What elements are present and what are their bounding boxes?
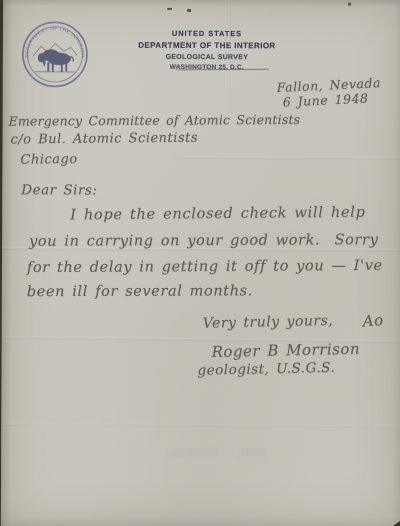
scanned-letter-image: DEPARTMENT OF THE INTERIOR UNITED STATES…: [0, 0, 400, 526]
signature-name: Roger B Morrison: [211, 340, 360, 361]
paper-crease: [182, 156, 400, 160]
bison-icon: [38, 49, 74, 72]
body-line-1: I hope the enclosed check will help: [70, 205, 366, 224]
letterhead-line-united-states: UNITED STATES: [97, 29, 317, 39]
ink-speck: [187, 9, 191, 12]
recipient-line-3: Chicago: [20, 152, 77, 168]
signature-title: geologist, U.S.G.S.: [197, 360, 335, 379]
body-line-4: been ill for several months.: [27, 283, 253, 300]
letter-paper: DEPARTMENT OF THE INTERIOR UNITED STATES…: [1, 0, 400, 526]
recipient-line-1: Emergency Committee of Atomic Scientists: [9, 112, 301, 129]
body-line-2: you in carrying on your good work. Sorry: [29, 232, 378, 250]
letterhead-line-department: DEPARTMENT OF THE INTERIOR: [97, 41, 317, 51]
ink-speck: [167, 8, 172, 10]
letterhead-line-washington: WASHINGTON 25, D.C.: [97, 64, 317, 72]
recipient-line-2: c/o Bul. Atomic Scientists: [10, 131, 198, 148]
body-line-3: for the delay in getting it off to you —…: [27, 258, 383, 276]
handwritten-date: 6 June 1948: [282, 90, 368, 109]
closing: Very truly yours,: [203, 313, 334, 332]
letterhead-line-geological-survey: GEOLOGICAL SURVEY: [97, 54, 317, 62]
faint-pencil-marks: [239, 446, 266, 458]
corner-annotation: Ao: [362, 311, 384, 330]
doi-bison-seal-icon: DEPARTMENT OF THE INTERIOR: [21, 20, 89, 88]
paper-crease: [1, 423, 400, 428]
ink-speck: [348, 3, 351, 6]
salutation: Dear Sirs:: [21, 182, 97, 198]
faint-pencil-marks: [167, 448, 219, 458]
